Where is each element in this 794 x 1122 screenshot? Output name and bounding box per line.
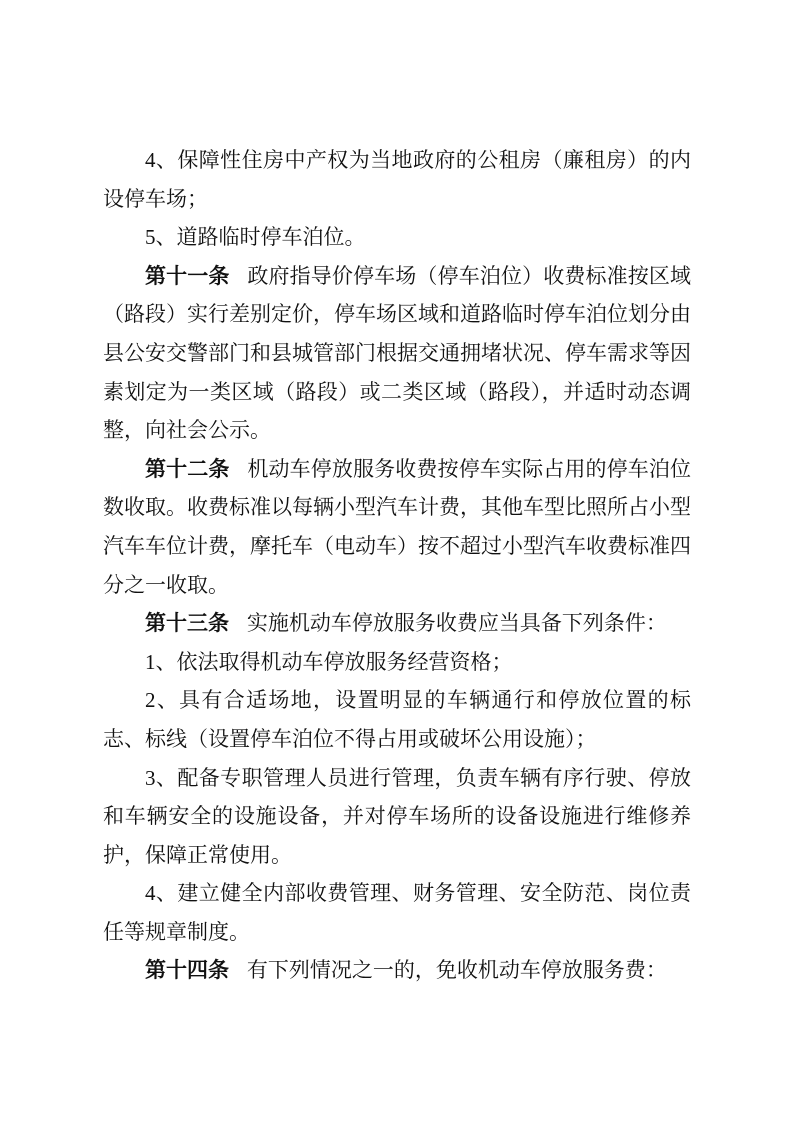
article-number: 第十二条	[145, 457, 230, 481]
paragraph-text: 5、道路临时停车泊位。	[145, 225, 366, 249]
article-number: 第十四条	[145, 958, 229, 982]
paragraph-article-11: 第十一条政府指导价停车场（停车泊位）收费标准按区域（路段）实行差别定价，停车场区…	[103, 257, 691, 450]
paragraph-text: 实施机动车停放服务收费应当具备下列条件：	[247, 611, 667, 635]
paragraph-condition-3: 3、配备专职管理人员进行管理，负责车辆有序行驶、停放和车辆安全的设施设备，并对停…	[103, 759, 691, 875]
paragraph-text: 4、保障性住房中产权为当地政府的公租房（廉租房）的内设停车场；	[103, 148, 691, 211]
paragraph-text: 4、建立健全内部收费管理、财务管理、安全防范、岗位责任等规章制度。	[103, 881, 691, 944]
paragraph-text: 1、依法取得机动车停放服务经营资格；	[145, 650, 513, 674]
paragraph-text: 政府指导价停车场（停车泊位）收费标准按区域（路段）实行差别定价，停车场区域和道路…	[103, 264, 691, 442]
paragraph-text: 2、具有合适场地，设置明显的车辆通行和停放位置的标志、标线（设置停车泊位不得占用…	[103, 688, 691, 751]
article-number: 第十三条	[145, 611, 229, 635]
paragraph-condition-4: 4、建立健全内部收费管理、财务管理、安全防范、岗位责任等规章制度。	[103, 874, 691, 951]
paragraph-item-5-road-berth: 5、道路临时停车泊位。	[103, 218, 691, 257]
paragraph-item-4-parking-lot: 4、保障性住房中产权为当地政府的公租房（廉租房）的内设停车场；	[103, 141, 691, 218]
paragraph-text: 有下列情况之一的，免收机动车停放服务费：	[247, 958, 667, 982]
paragraph-article-14: 第十四条有下列情况之一的，免收机动车停放服务费：	[103, 951, 691, 990]
paragraph-condition-1: 1、依法取得机动车停放服务经营资格；	[103, 643, 691, 682]
document-page: 4、保障性住房中产权为当地政府的公租房（廉租房）的内设停车场； 5、道路临时停车…	[0, 0, 794, 1122]
document-body: 4、保障性住房中产权为当地政府的公租房（廉租房）的内设停车场； 5、道路临时停车…	[103, 141, 691, 990]
paragraph-condition-2: 2、具有合适场地，设置明显的车辆通行和停放位置的标志、标线（设置停车泊位不得占用…	[103, 681, 691, 758]
paragraph-text: 3、配备专职管理人员进行管理，负责车辆有序行驶、停放和车辆安全的设施设备，并对停…	[103, 766, 691, 867]
paragraph-article-13: 第十三条实施机动车停放服务收费应当具备下列条件：	[103, 604, 691, 643]
article-number: 第十一条	[145, 264, 230, 288]
paragraph-article-12: 第十二条机动车停放服务收费按停车实际占用的停车泊位数收取。收费标准以每辆小型汽车…	[103, 450, 691, 604]
